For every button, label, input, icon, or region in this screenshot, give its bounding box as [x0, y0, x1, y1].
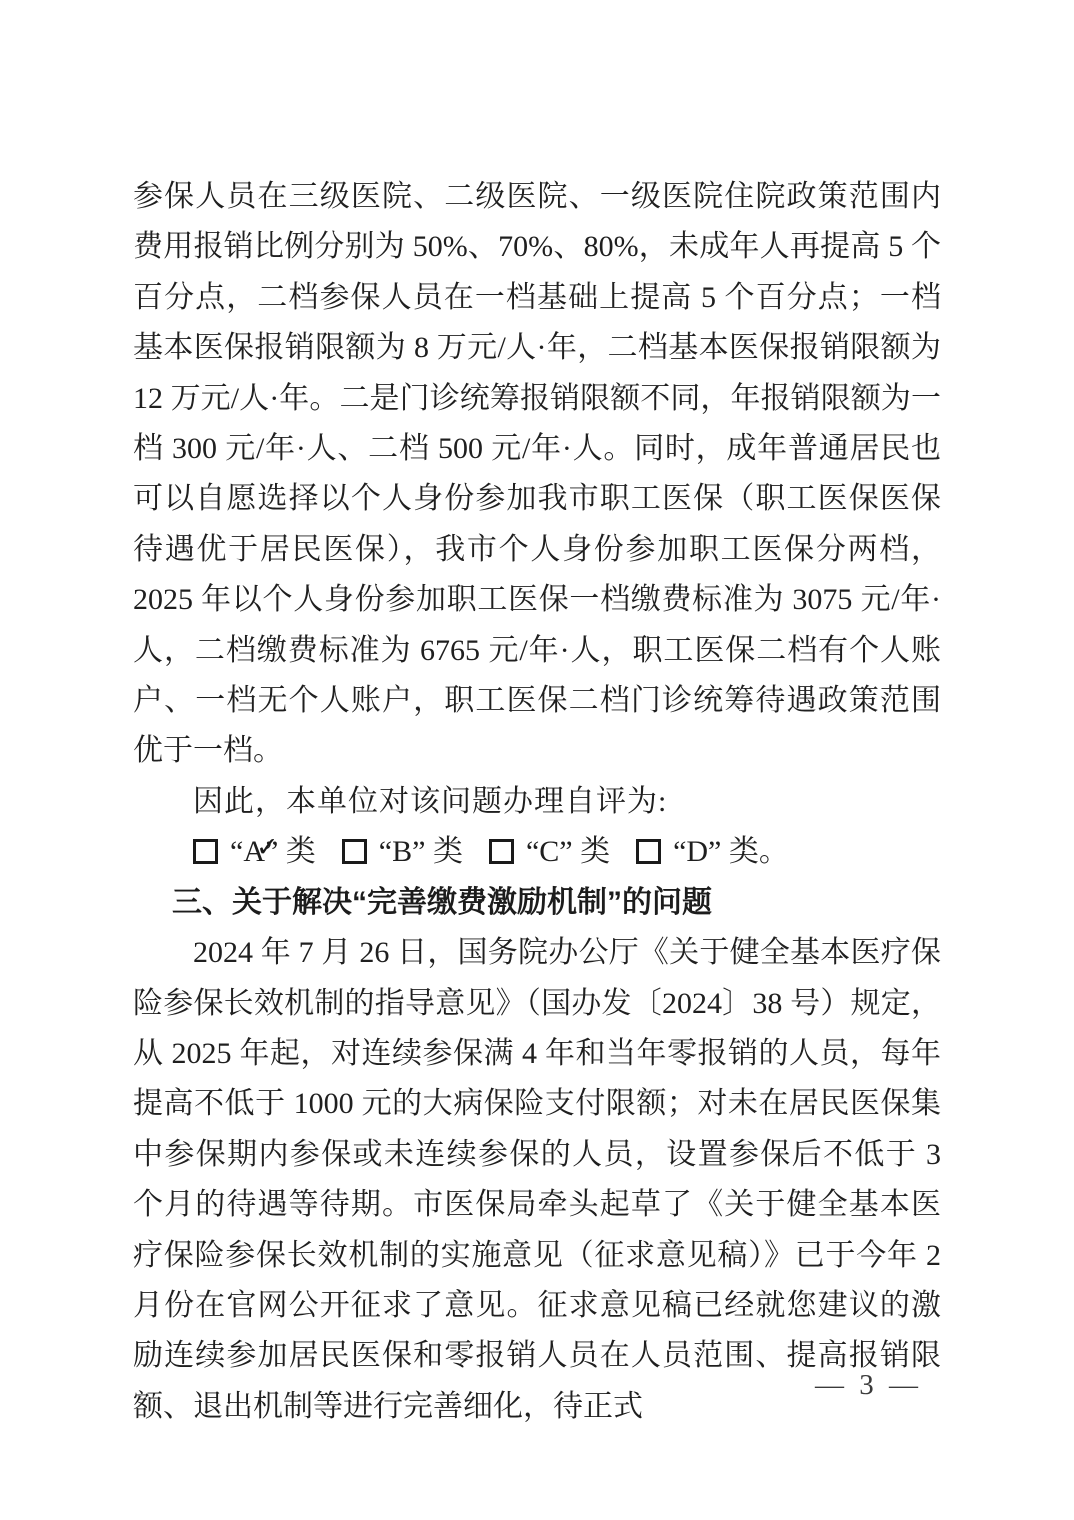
paragraph-insurance-tiers: 参保人员在三级医院、二级医院、一级医院住院政策范围内费用报销比例分别为 50%、… — [133, 172, 941, 777]
document-body: 参保人员在三级医院、二级医院、一级医院住院政策范围内费用报销比例分别为 50%、… — [133, 172, 941, 1432]
checkbox-unchecked-icon — [489, 839, 514, 864]
rating-option-b: “B” 类 — [342, 835, 463, 868]
rating-label-b: “B” 类 — [379, 835, 463, 868]
checkbox-checked-icon: ✓ — [193, 839, 218, 864]
paragraph-policy: 2024 年 7 月 26 日，国务院办公厅《关于健全基本医疗保险参保长效机制的… — [133, 928, 941, 1432]
rating-option-d: “D” 类。 — [636, 835, 789, 868]
section-heading: 三、关于解决“完善缴费激励机制”的问题 — [133, 878, 941, 928]
self-evaluation-intro: 因此，本单位对该问题办理自评为: — [133, 777, 941, 827]
document-page: 参保人员在三级医院、二级医院、一级医院住院政策范围内费用报销比例分别为 50%、… — [0, 0, 1074, 1520]
checkbox-unchecked-icon — [636, 839, 661, 864]
page-number: — 3 — — [815, 1367, 922, 1403]
rating-label-d: “D” 类。 — [673, 835, 789, 868]
rating-label-c: “C” 类 — [526, 835, 610, 868]
rating-option-c: “C” 类 — [489, 835, 610, 868]
checkbox-unchecked-icon — [342, 839, 367, 864]
checkmark-icon: ✓ — [196, 834, 279, 861]
rating-option-a: ✓“A” 类 — [193, 835, 316, 868]
rating-options-line: ✓“A” 类“B” 类“C” 类“D” 类。 — [133, 827, 941, 877]
